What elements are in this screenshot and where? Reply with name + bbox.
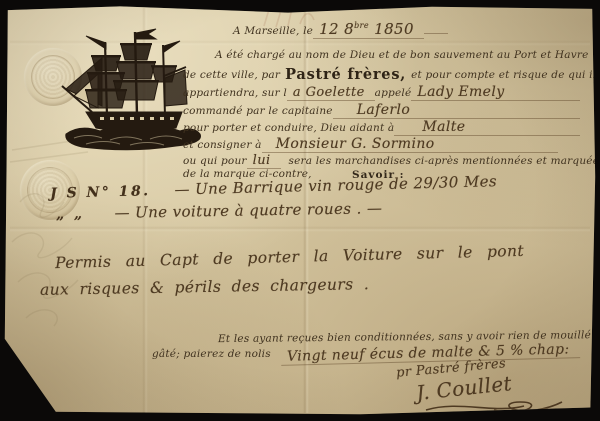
deck-permission-note: aux risques & périls des chargeurs . — [40, 275, 369, 299]
printed-text: ou qui pour — [183, 155, 247, 167]
note-text: Permis au Capt de porter la Voiture sur … — [55, 242, 524, 272]
printed-text: et pour compte et risque de qui il — [411, 69, 596, 81]
note-text: aux risques & périls des chargeurs . — [40, 275, 369, 299]
printed-text: sera les marchandises ci-après mentionné… — [289, 155, 600, 167]
printed-text: commandé par le capitaine — [183, 105, 333, 117]
deck-permission-note: Permis au Capt de porter la Voiture sur … — [55, 242, 524, 272]
printed-text: gâté; paierez de nolis — [152, 348, 271, 360]
cargo-mark: J S N° 18. — [50, 183, 151, 202]
captain-handwritten: Laferlo — [333, 102, 580, 119]
printed-text: de cette ville, par — [183, 69, 280, 81]
body-line-3: appartiendra, sur l a Goelette appelé La… — [183, 84, 580, 101]
signature-flourish — [424, 398, 564, 418]
bill-of-lading-sheet: A Marseille, le 12 8bre 1850 A été charg… — [0, 0, 600, 421]
blank-rule — [424, 32, 448, 34]
photographed-document: A Marseille, le 12 8bre 1850 A été charg… — [0, 0, 600, 421]
body-line-4: commandé par le capitaine Laferlo — [183, 102, 580, 119]
footer-line-2: gâté; paierez de nolis Vingt neuf écus d… — [152, 345, 579, 362]
cargo-ditto-mark: „ „ — [56, 206, 85, 222]
printed-text: pour porter et conduire, Dieu aidant à — [183, 122, 394, 134]
printed-text: appartiendra, sur l — [183, 87, 287, 99]
printed-text: appelé — [375, 87, 412, 99]
date-handwritten: 12 8bre 1850 — [313, 20, 424, 39]
place-date-line: A Marseille, le 12 8bre 1850 — [233, 20, 448, 39]
shipper-name: Pastré frères, — [285, 66, 406, 83]
body-line-7: ou qui pour lui sera les marchandises ci… — [183, 153, 580, 169]
fold-crease — [10, 226, 590, 232]
body-line-2: de cette ville, par Pastré frères, et po… — [183, 65, 580, 82]
body-line-5: pour porter et conduire, Dieu aidant à M… — [183, 119, 580, 136]
consignee-handwritten: Monsieur G. Sormino — [262, 136, 558, 153]
date-day-month: 12 8 — [319, 20, 354, 38]
printed-text: A été chargé au nom de Dieu et de bon sa… — [215, 49, 589, 61]
place-label: A Marseille, le — [233, 25, 313, 37]
destination-handwritten: Malte — [394, 119, 580, 136]
date-year: 1850 — [374, 20, 414, 38]
cargo-description: — Une voiture à quatre roues . — — [114, 199, 382, 222]
pronoun-handwritten: lui — [247, 153, 281, 169]
body-line-6: et consigner à Monsieur G. Sormino — [183, 136, 558, 153]
printed-text: et consigner à — [183, 139, 262, 151]
cargo-row: „ „ — Une voiture à quatre roues . — — [56, 199, 383, 223]
date-month-suffix: bre — [354, 21, 369, 30]
vessel-type-handwritten: a Goelette — [287, 85, 375, 101]
body-line-1: A été chargé au nom de Dieu et de bon sa… — [215, 49, 580, 61]
vessel-name-handwritten: Lady Emely — [411, 84, 580, 101]
